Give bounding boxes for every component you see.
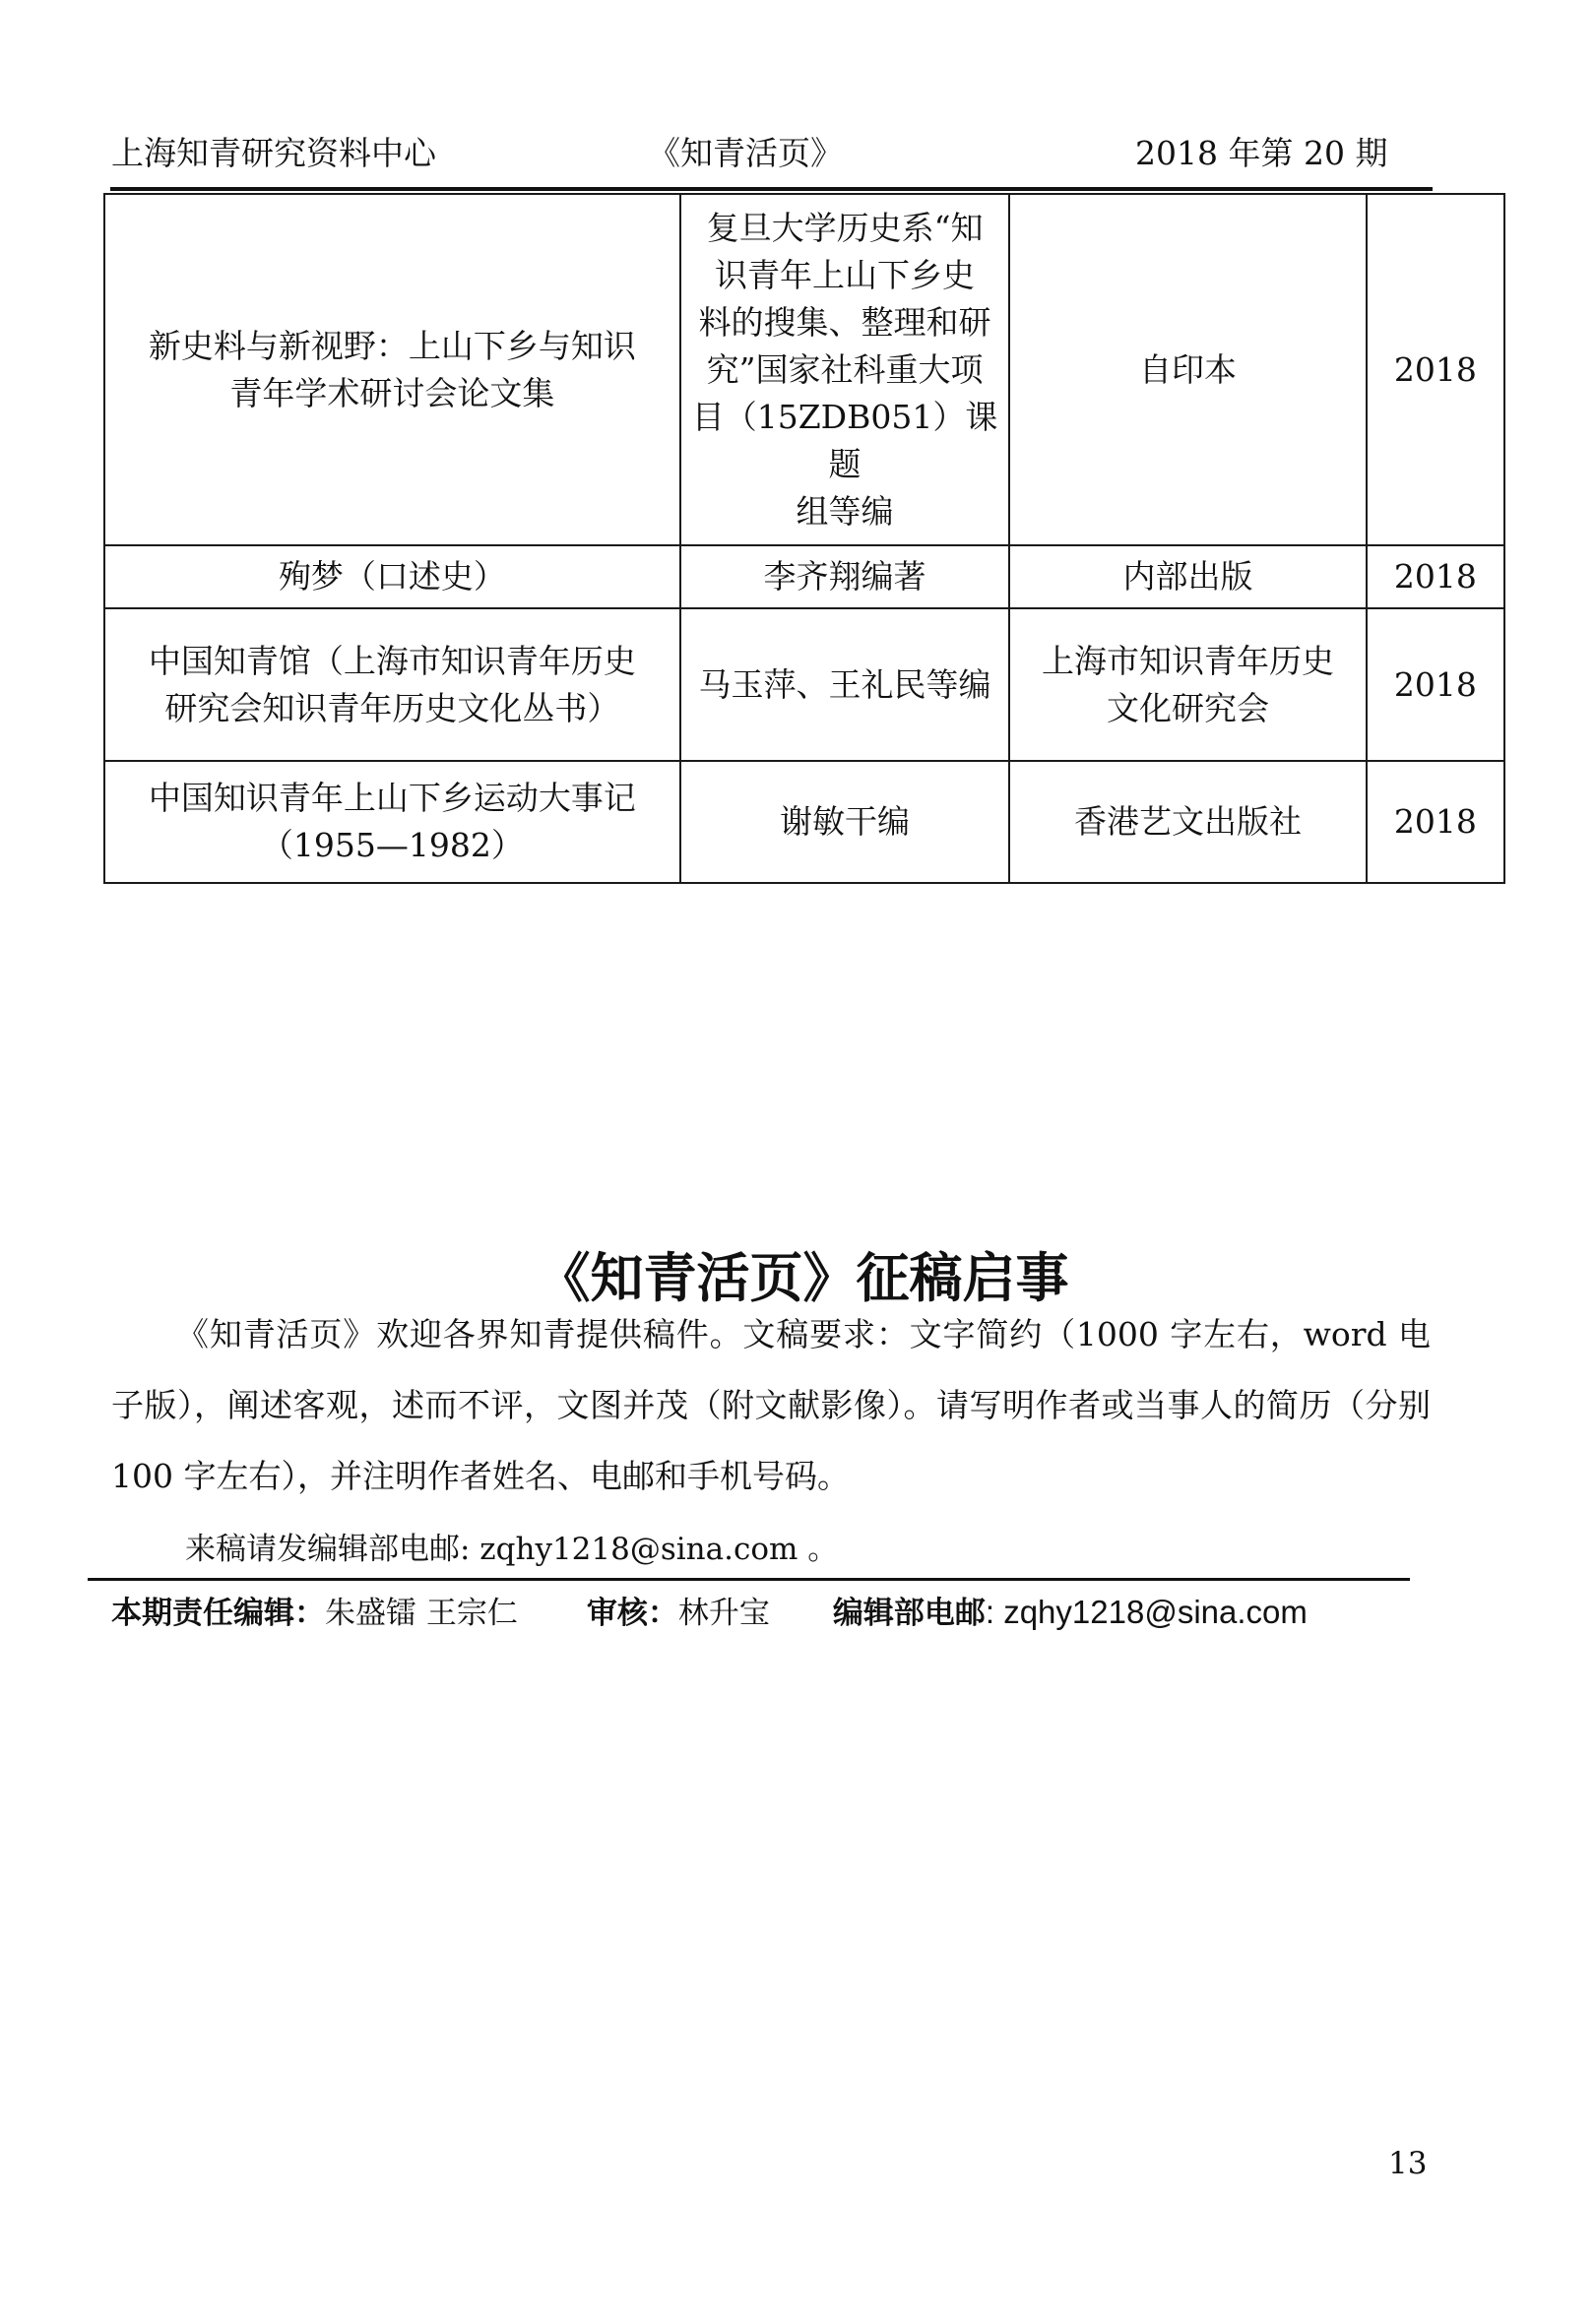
publisher-name: 上海知青研究资料中心	[111, 134, 436, 173]
book-author-cell: 谢敏干编	[680, 761, 1009, 883]
table-row: 中国知识青年上山下乡运动大事记 （1955—1982） 谢敏干编 香港艺文出版社…	[104, 761, 1504, 883]
book-publisher-cell: 上海市知识青年历史 文化研究会	[1009, 608, 1367, 761]
book-publisher-line: 香港艺文出版社	[1016, 798, 1360, 846]
book-title-line: 中国知青馆（上海市知识青年历史	[111, 638, 673, 685]
header-divider	[110, 187, 1433, 191]
book-year-cell: 2018	[1367, 194, 1504, 545]
email-label: 编辑部电邮	[833, 1596, 986, 1631]
issue-number: 2018 年第 20 期	[1135, 134, 1387, 173]
book-author-cell: 复旦大学历史系“知 识青年上山下乡史 料的搜集、整理和研 究”国家社科重大项 目…	[680, 194, 1009, 545]
book-publisher-line: 文化研究会	[1016, 685, 1360, 732]
book-title-cell: 新史料与新视野：上山下乡与知识 青年学术研讨会论文集	[104, 194, 680, 545]
notice-contact-line: 来稿请发编辑部电邮: zqhy1218@sina.com 。	[185, 1526, 838, 1573]
reviewer-name: 林升宝	[678, 1596, 770, 1631]
book-title-cell: 殉梦（口述史）	[104, 545, 680, 608]
editorial-email: : zqhy1218@sina.com	[986, 1594, 1308, 1630]
book-title-line: 研究会知识青年历史文化丛书）	[111, 685, 673, 732]
book-year-cell: 2018	[1367, 545, 1504, 608]
editor-label: 本期责任编辑：	[111, 1596, 325, 1631]
book-title-line: 殉梦（口述史）	[111, 553, 673, 600]
book-title-cell: 中国知识青年上山下乡运动大事记 （1955—1982）	[104, 761, 680, 883]
table-row: 新史料与新视野：上山下乡与知识 青年学术研讨会论文集 复旦大学历史系“知 识青年…	[104, 194, 1504, 545]
notice-paragraph: 《知青活页》欢迎各界知青提供稿件。文稿要求：文字简约（1000 字左右，word…	[111, 1299, 1431, 1512]
book-publisher-cell: 香港艺文出版社	[1009, 761, 1367, 883]
table-row: 中国知青馆（上海市知识青年历史 研究会知识青年历史文化丛书） 马玉萍、王礼民等编…	[104, 608, 1504, 761]
book-publisher-line: 内部出版	[1016, 553, 1360, 600]
book-author-line: 马玉萍、王礼民等编	[687, 661, 1002, 709]
book-year-cell: 2018	[1367, 608, 1504, 761]
book-publisher-cell: 自印本	[1009, 194, 1367, 545]
book-publisher-line: 上海市知识青年历史	[1016, 638, 1360, 685]
book-author-line: 究”国家社科重大项	[687, 346, 1002, 394]
book-publisher-line: 自印本	[1016, 346, 1360, 394]
table-row: 殉梦（口述史） 李齐翔编著 内部出版 2018	[104, 545, 1504, 608]
editorial-credits: 本期责任编辑：朱盛镭 王宗仁审核：林升宝编辑部电邮: zqhy1218@sina…	[111, 1591, 1421, 1635]
publication-title: 《知青活页》	[648, 134, 843, 173]
editor-names: 朱盛镭 王宗仁	[325, 1596, 518, 1631]
page-number: 13	[1388, 2144, 1427, 2183]
footer-divider	[88, 1578, 1410, 1581]
book-author-line: 李齐翔编著	[687, 553, 1002, 600]
book-year-cell: 2018	[1367, 761, 1504, 883]
notice-body: 《知青活页》欢迎各界知青提供稿件。文稿要求：文字简约（1000 字左右，word…	[111, 1299, 1431, 1512]
book-author-line: 谢敏干编	[687, 798, 1002, 846]
book-publisher-cell: 内部出版	[1009, 545, 1367, 608]
book-author-line: 料的搜集、整理和研	[687, 299, 1002, 346]
book-author-cell: 马玉萍、王礼民等编	[680, 608, 1009, 761]
book-author-line: 目（15ZDB051）课题	[687, 394, 1002, 488]
book-list-table: 新史料与新视野：上山下乡与知识 青年学术研讨会论文集 复旦大学历史系“知 识青年…	[103, 193, 1505, 884]
book-title-line: （1955—1982）	[111, 822, 673, 869]
book-author-line: 复旦大学历史系“知	[687, 205, 1002, 252]
book-author-cell: 李齐翔编著	[680, 545, 1009, 608]
review-label: 审核：	[587, 1596, 678, 1631]
book-title-line: 中国知识青年上山下乡运动大事记	[111, 775, 673, 822]
book-author-line: 识青年上山下乡史	[687, 252, 1002, 299]
book-title-line: 新史料与新视野：上山下乡与知识	[111, 323, 673, 370]
running-header: 上海知青研究资料中心 《知青活页》 2018 年第 20 期	[0, 0, 1596, 197]
book-title-line: 青年学术研讨会论文集	[111, 370, 673, 417]
book-title-cell: 中国知青馆（上海市知识青年历史 研究会知识青年历史文化丛书）	[104, 608, 680, 761]
book-author-line: 组等编	[687, 488, 1002, 535]
